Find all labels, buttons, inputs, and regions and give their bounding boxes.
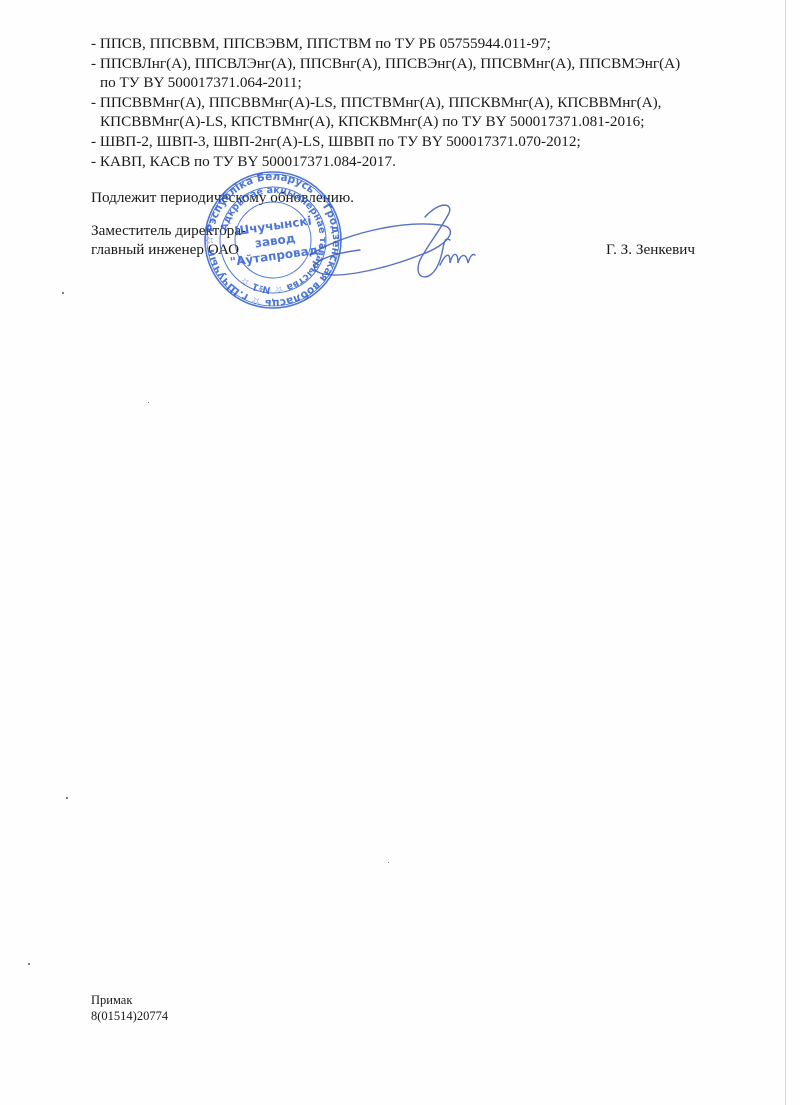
list-item: - ППСВЛнг(А), ППСВЛЭнг(А), ППСВнг(А), ПП… <box>91 54 731 93</box>
scan-speck <box>148 402 149 403</box>
list-item: - ППСВВМнг(А), ППСВВМнг(А)-LS, ППСТВМнг(… <box>91 93 731 132</box>
list-item-text: - ППСВВМнг(А), ППСВВМнг(А)-LS, ППСТВМнг(… <box>91 94 661 111</box>
scan-speck <box>62 292 64 294</box>
list-item-text: - ШВП-2, ШВП-3, ШВП-2нг(А)-LS, ШВВП по Т… <box>91 133 581 150</box>
list-item: - ППСВ, ППСВВМ, ППСВЭВМ, ППСТВМ по ТУ РБ… <box>91 34 731 54</box>
list-item-text: - ППСВЛнг(А), ППСВЛЭнг(А), ППСВнг(А), ПП… <box>91 55 680 72</box>
executor-phone: 8(01514)20774 <box>91 1008 168 1024</box>
scan-speck <box>28 963 30 965</box>
scan-speck <box>388 862 389 863</box>
list-item-text: - ППСВ, ППСВВМ, ППСВЭВМ, ППСТВМ по ТУ РБ… <box>91 35 551 52</box>
document-page: - ППСВ, ППСВВМ, ППСВЭВМ, ППСТВМ по ТУ РБ… <box>0 0 800 1105</box>
executor-name: Примак <box>91 992 132 1008</box>
list-item-continuation: по ТУ BY 500017371.064-2011; <box>100 73 731 93</box>
list-item-continuation: КПСВВМнг(А)-LS, КПСТВМнг(А), КПСКВМнг(А)… <box>100 112 731 132</box>
scan-edge-line <box>785 0 786 1105</box>
scan-speck <box>528 42 529 43</box>
product-list: - ППСВ, ППСВВМ, ППСВЭВМ, ППСТВМ по ТУ РБ… <box>91 34 731 171</box>
list-item: - КАВП, КАСВ по ТУ BY 500017371.084-2017… <box>91 152 731 172</box>
list-item: - ШВП-2, ШВП-3, ШВП-2нг(А)-LS, ШВВП по Т… <box>91 132 731 152</box>
list-item-text: - КАВП, КАСВ по ТУ BY 500017371.084-2017… <box>91 153 396 170</box>
scan-speck <box>66 797 68 799</box>
handwritten-signature <box>300 195 480 290</box>
signatory-name: Г. З. Зенкевич <box>606 240 695 259</box>
